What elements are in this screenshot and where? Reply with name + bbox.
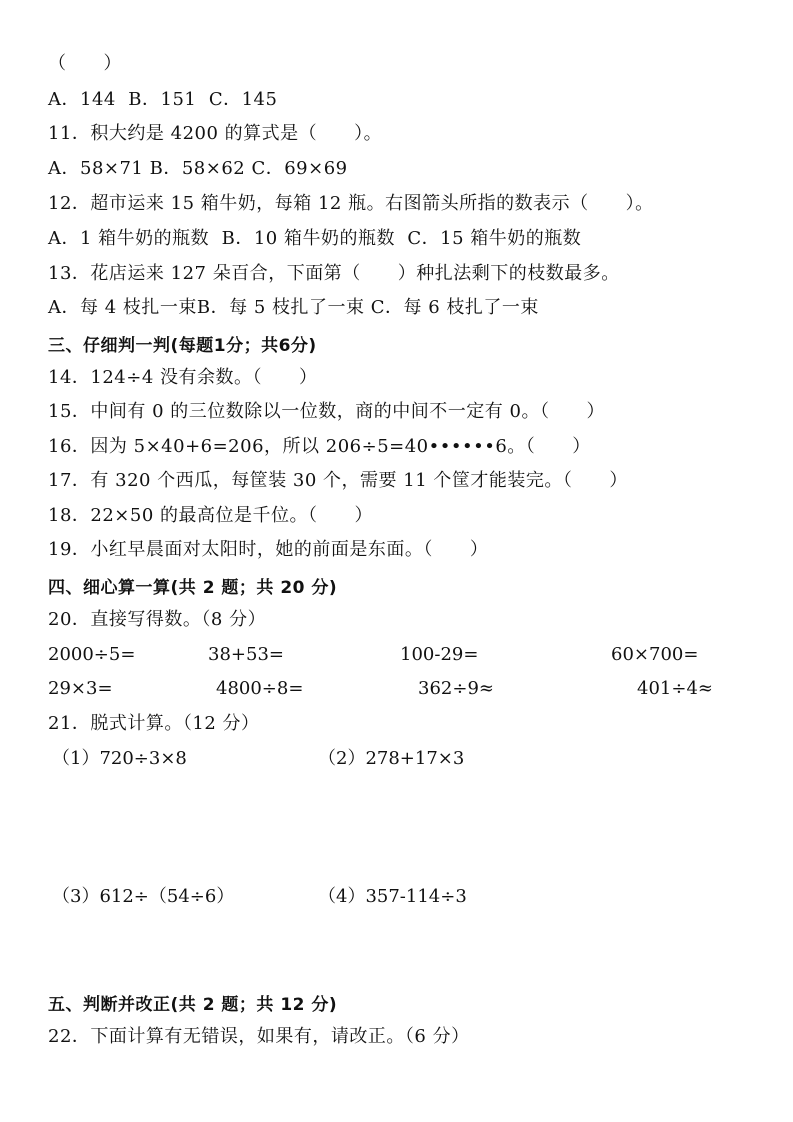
q12-options: A．1 箱牛奶的瓶数 B．10 箱牛奶的瓶数 C．15 箱牛奶的瓶数 — [48, 227, 581, 251]
q10-options: A．144 B．151 C．145 — [48, 88, 277, 112]
q13-options: A．每 4 枝扎一束B．每 5 枝扎了一束 C．每 6 枝扎了一束 — [48, 296, 539, 320]
question-18: 18．22×50 的最高位是千位。（ ） — [48, 504, 373, 528]
oral-math-item: 60×700= — [611, 643, 698, 667]
question-16: 16．因为 5×40+6=206，所以 206÷5=40••••••6。（ ） — [48, 435, 591, 459]
question-13: 13．花店运来 127 朵百合，下面第（ ）种扎法剩下的枝数最多。 — [48, 262, 620, 286]
oral-math-item: 401÷4≈ — [637, 677, 713, 701]
question-15: 15．中间有 0 的三位数除以一位数，商的中间不一定有 0。（ ） — [48, 400, 605, 424]
oral-math-item: 38+53= — [208, 643, 284, 667]
step-calc-item: （4）357-114÷3 — [318, 885, 467, 909]
section-4-heading: 四、细心算一算(共 2 题；共 20 分) — [48, 576, 337, 600]
question-21: 21．脱式计算。（12 分） — [48, 712, 260, 736]
section-5-heading: 五、判断并改正(共 2 题；共 12 分) — [48, 993, 337, 1017]
oral-math-item: 2000÷5= — [48, 643, 135, 667]
question-12: 12．超市运来 15 箱牛奶，每箱 12 瓶。右图箭头所指的数表示（ ）。 — [48, 192, 654, 216]
oral-math-item: 362÷9≈ — [418, 677, 494, 701]
question-19: 19．小红早晨面对太阳时，她的前面是东面。（ ） — [48, 538, 488, 562]
question-14: 14．124÷4 没有余数。（ ） — [48, 366, 318, 390]
question-17: 17．有 320 个西瓜，每筐装 30 个，需要 11 个筐才能装完。（ ） — [48, 469, 628, 493]
step-calc-item: （2）278+17×3 — [318, 747, 464, 771]
q11-options: A．58×71 B．58×62 C．69×69 — [48, 157, 348, 181]
step-calc-item: （1）720÷3×8 — [52, 747, 187, 771]
question-22: 22．下面计算有无错误，如果有，请改正。（6 分） — [48, 1025, 470, 1049]
section-3-heading: 三、仔细判一判(每题1分；共6分) — [48, 334, 317, 358]
oral-math-item: 100-29= — [400, 643, 478, 667]
step-calc-item: （3）612÷（54÷6） — [52, 885, 234, 909]
oral-math-item: 4800÷8= — [216, 677, 303, 701]
q10-answer-blank: （ ） — [48, 52, 122, 76]
question-11: 11．积大约是 4200 的算式是（ ）。 — [48, 122, 382, 146]
question-20: 20．直接写得数。（8 分） — [48, 608, 266, 632]
oral-math-item: 29×3= — [48, 677, 113, 701]
